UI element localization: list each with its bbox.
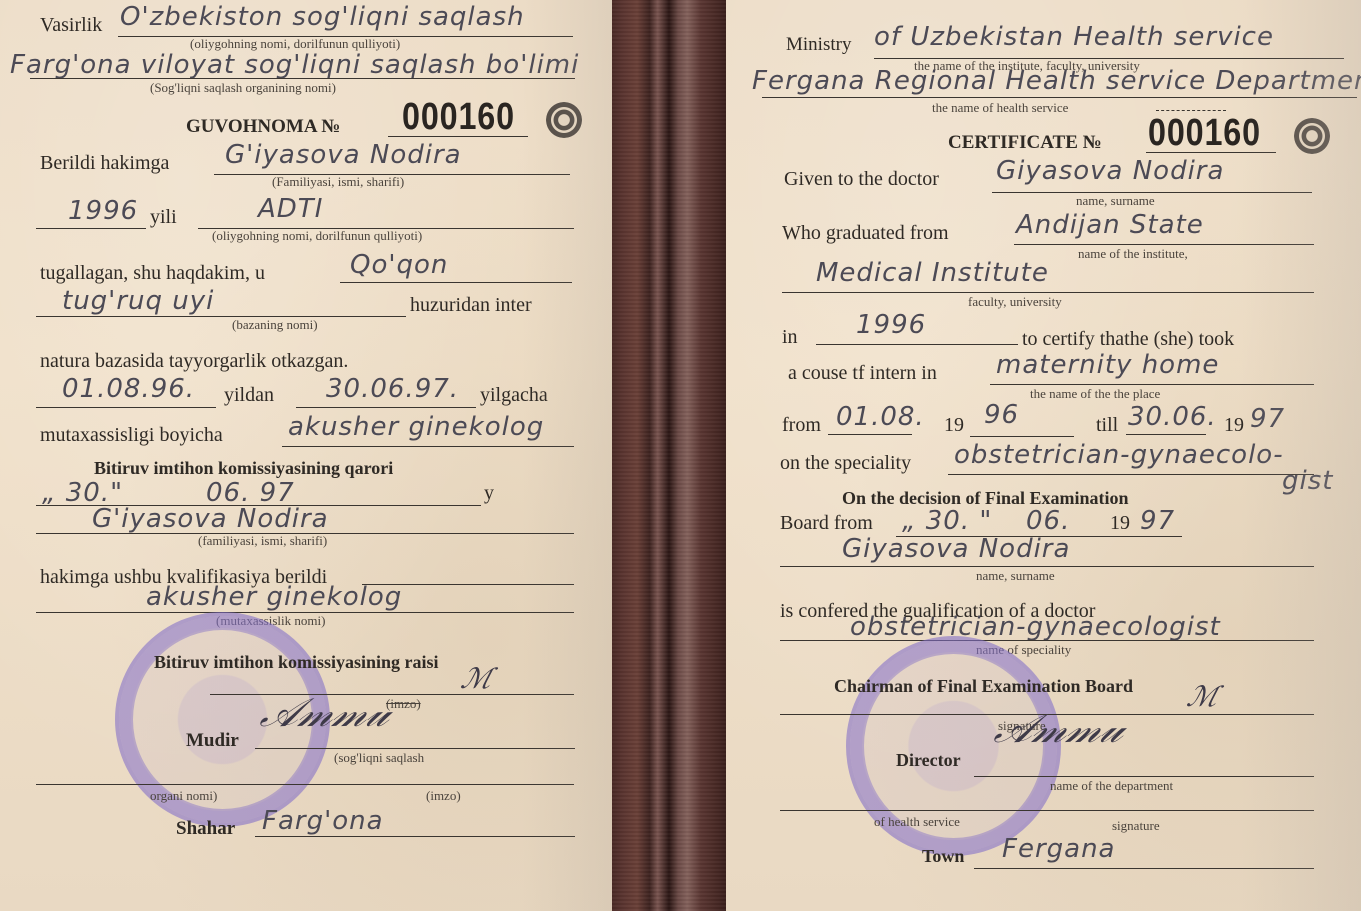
underline <box>1014 244 1314 245</box>
ministry-value: of Uzbekistan Health service <box>874 22 1274 52</box>
booklet-spine <box>612 0 726 911</box>
speciality-label: on the speciality <box>780 452 911 475</box>
certificate-number: 000160 <box>1148 112 1261 155</box>
till-year-prefix: 19 <box>1224 414 1244 437</box>
underline <box>340 282 572 283</box>
graduated-value-2: Medical Institute <box>816 258 1049 288</box>
course-value: maternity home <box>996 350 1219 380</box>
certify-text: to certify thathe (she) took <box>1022 328 1234 351</box>
chairman-label: Chairman of Final Examination Board <box>834 676 1133 697</box>
underline <box>36 407 216 408</box>
speciality-value-2: gist <box>1282 466 1333 496</box>
document-title: GUVOHNOMA № <box>186 116 340 138</box>
internatura-text: natura bazasida tayyorgarlik otkazgan. <box>40 350 348 373</box>
year-label: yili <box>150 206 177 229</box>
caption-institute2: name of the institute, <box>1078 246 1188 262</box>
speciality-value: akusher ginekolog <box>288 412 544 442</box>
qualification-value: akusher ginekolog <box>146 582 402 612</box>
board-month: 06. <box>1026 506 1070 536</box>
underline <box>828 434 912 435</box>
caption-department: name of the department <box>1050 778 1173 794</box>
underline <box>282 446 574 447</box>
underline <box>1146 152 1276 153</box>
base-suffix: huzuridan inter <box>410 294 532 317</box>
underline <box>36 316 406 317</box>
caption-place: the name of the the place <box>1030 386 1160 402</box>
underline <box>36 228 146 229</box>
city-label: Shahar <box>176 818 235 840</box>
chairman-label: Bitiruv imtihon komissiyasining raisi <box>154 652 439 673</box>
underline <box>974 776 1314 777</box>
till-date: 30.06. <box>1128 402 1217 432</box>
dashed-line <box>1156 110 1226 111</box>
caption-name2: name, surname <box>976 568 1055 584</box>
ministry-label: Ministry <box>786 34 851 56</box>
caption-name: name, surname <box>1076 193 1155 209</box>
director-label: Mudir <box>186 730 239 752</box>
underline <box>255 836 575 837</box>
till-label: till <box>1096 414 1118 437</box>
left-page-uzbek: Vasirlik O'zbekiston sog'liqni saqlash (… <box>0 0 612 911</box>
base-value-1: Qo'qon <box>350 250 448 280</box>
from-date: 01.08.96. <box>62 374 195 404</box>
underline <box>255 748 575 749</box>
director-signature: 𝒜𝓂𝓂𝓊 <box>990 706 1131 752</box>
underline <box>780 810 1314 811</box>
caption-signature2: (imzo) <box>426 788 461 804</box>
caption-faculty: faculty, university <box>968 294 1062 310</box>
speciality-value-1: obstetrician-gynaecolo- <box>954 440 1284 470</box>
caption-org-1: (sog'liqni saqlash <box>334 750 424 766</box>
graduated-label: Who graduated from <box>782 222 949 245</box>
decision-name: Giyasova Nodira <box>842 534 1070 564</box>
caption-health-org: (Sog'liqni saqlash organining nomi) <box>150 80 336 96</box>
board-year-prefix: 19 <box>1110 512 1130 535</box>
underline <box>388 136 528 137</box>
finished-label: tugallagan, shu haqdakim, u <box>40 262 265 285</box>
document-title: CERTIFICATE № <box>948 132 1102 154</box>
caption-base: (bazaning nomi) <box>232 317 318 333</box>
right-page-english: Ministry of Uzbekistan Health service th… <box>726 0 1361 911</box>
certificate-number: 000160 <box>402 96 515 139</box>
year-value: 1996 <box>68 196 138 226</box>
decision-name: G'iyasova Nodira <box>92 504 329 534</box>
chairman-signature: ℳ <box>458 662 497 695</box>
course-label: a couse tf intern in <box>788 362 937 385</box>
given-value: G'iyasova Nodira <box>225 140 462 170</box>
from-year-prefix: 19 <box>944 414 964 437</box>
underline <box>782 292 1314 293</box>
underline <box>948 474 1314 475</box>
caption-institute2: (oliygohning nomi, dorilfunun qulliyoti) <box>212 228 422 244</box>
underline <box>1126 434 1206 435</box>
board-label: Board from <box>780 512 873 535</box>
city-value: Farg'ona <box>262 806 384 836</box>
caption-name: (Familiyasi, ismi, sharifi) <box>272 174 404 190</box>
caption-signature2: signature <box>1112 818 1160 834</box>
from-label: from <box>782 414 821 437</box>
board-day: „ 30. " <box>902 506 992 536</box>
caption-health-service: the name of health service <box>932 100 1068 116</box>
director-signature: 𝒜𝓂𝓂𝓊 <box>256 690 397 736</box>
given-label: Given to the doctor <box>784 168 939 191</box>
underline <box>762 97 1357 98</box>
in-label: in <box>782 326 798 349</box>
ministry-label: Vasirlik <box>40 14 102 37</box>
chairman-signature: ℳ <box>1184 680 1223 713</box>
underline <box>780 640 1314 641</box>
underline <box>816 344 1018 345</box>
from-label: yildan <box>224 384 274 407</box>
decision-y: y <box>484 482 494 505</box>
underline <box>970 436 1074 437</box>
to-label: yilgacha <box>480 384 548 407</box>
underline <box>780 566 1314 567</box>
rosette-icon <box>1294 118 1330 154</box>
ministry-value: O'zbekiston sog'liqni saqlash <box>120 2 525 32</box>
director-label: Director <box>896 750 961 771</box>
underline <box>990 384 1314 385</box>
given-value: Giyasova Nodira <box>996 156 1224 186</box>
town-label: Town <box>922 846 964 867</box>
caption-name2: (familiyasi, ismi, sharifi) <box>198 533 327 549</box>
decision-heading: Bitiruv imtihon komissiyasining qarori <box>94 458 393 479</box>
till-year: 97 <box>1250 404 1285 434</box>
caption-health-service2: of health service <box>874 814 960 830</box>
from-year: 96 <box>984 400 1019 430</box>
to-date: 30.06.97. <box>326 374 459 404</box>
caption-org-2: organi nomi) <box>150 788 217 804</box>
base-value-2: tug'ruq uyi <box>62 286 214 316</box>
given-label: Berildi hakimga <box>40 152 169 175</box>
health-org-value: Fergana Regional Health service Departme… <box>752 66 1361 96</box>
town-value: Fergana <box>1002 834 1116 864</box>
rosette-icon <box>546 102 582 138</box>
underline <box>296 407 476 408</box>
health-org-value: Farg'ona viloyat sog'liqni saqlash bo'li… <box>10 50 579 80</box>
qualification-value: obstetrician-gynaecologist <box>850 612 1221 642</box>
from-date: 01.08. <box>836 402 925 432</box>
speciality-label: mutaxassisligi boyicha <box>40 424 223 447</box>
year-value: 1996 <box>856 310 926 340</box>
underline <box>36 784 574 785</box>
underline <box>974 868 1314 869</box>
graduated-value-1: Andijan State <box>1016 210 1204 240</box>
underline <box>30 78 575 79</box>
board-year: 97 <box>1140 506 1175 536</box>
institute-value: ADTI <box>258 194 323 224</box>
